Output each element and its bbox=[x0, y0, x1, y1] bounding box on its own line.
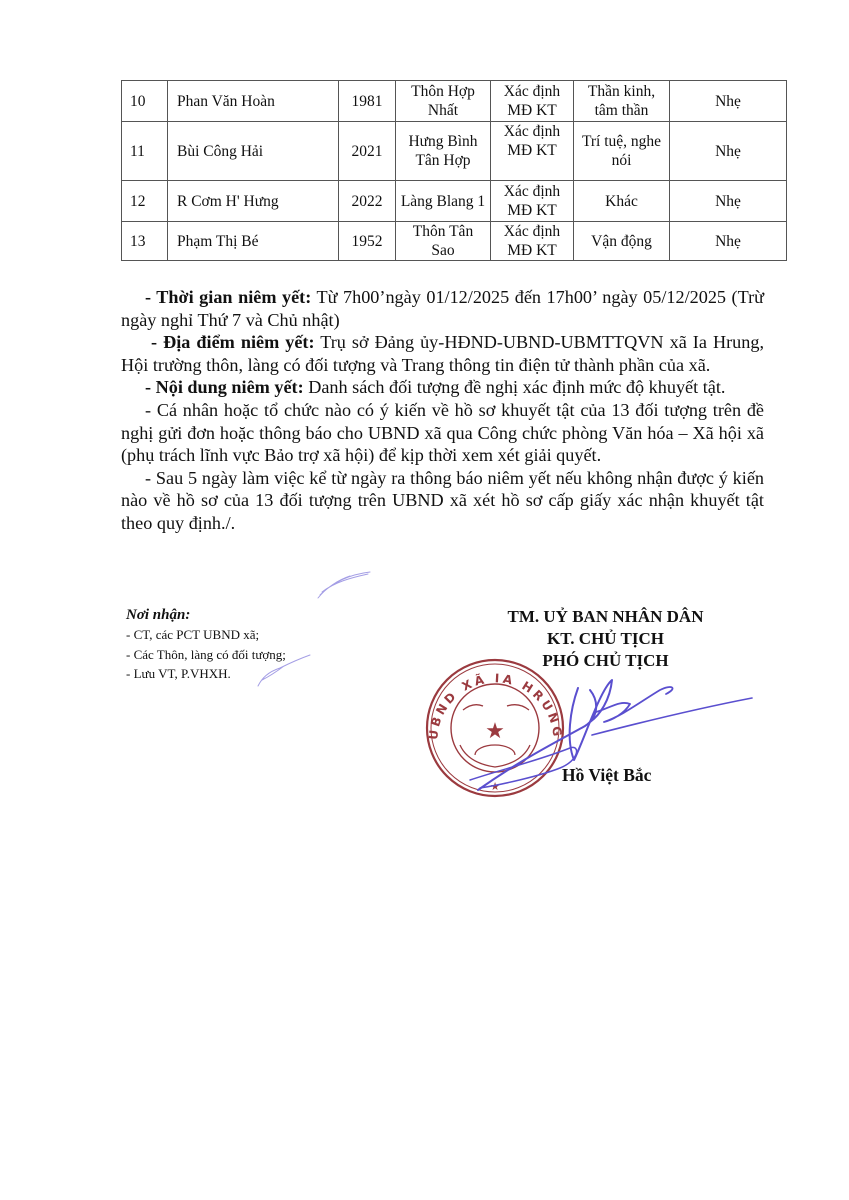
cell-village: Làng Blang 1 bbox=[396, 181, 491, 222]
cell-village: Hưng Bình Tân Hợp bbox=[396, 122, 491, 181]
cell-name: Phan Văn Hoàn bbox=[168, 81, 339, 122]
cell-disability-type: Khác bbox=[574, 181, 670, 222]
posting-content-label: - Nội dung niêm yết: bbox=[145, 377, 304, 397]
cell-disability-type: Thần kinh, tâm thần bbox=[574, 81, 670, 122]
posting-time-paragraph: - Thời gian niêm yết: Từ 7h00’ngày 01/12… bbox=[121, 286, 764, 331]
cell-year: 1981 bbox=[339, 81, 396, 122]
table-row: 10 Phan Văn Hoàn 1981 Thôn Hợp Nhất Xác … bbox=[122, 81, 787, 122]
cell-stt: 10 bbox=[122, 81, 168, 122]
recipient-item: - Các Thôn, làng có đối tượng; bbox=[126, 645, 286, 665]
recipients-heading: Nơi nhận: bbox=[126, 606, 286, 624]
table-row: 12 R Cơm H' Hưng 2022 Làng Blang 1 Xác đ… bbox=[122, 181, 787, 222]
table-row: 11 Bùi Công Hải 2021 Hưng Bình Tân Hợp X… bbox=[122, 122, 787, 181]
cell-stt: 13 bbox=[122, 222, 168, 261]
signature-line-2: KT. CHỦ TỊCH bbox=[478, 628, 733, 650]
cell-request: Xác định MĐ KT bbox=[491, 181, 574, 222]
cell-disability-type: Trí tuệ, nghe nói bbox=[574, 122, 670, 181]
svg-text:UBND XÃ IA HRUNG: UBND XÃ IA HRUNG bbox=[426, 671, 565, 741]
cell-year: 2021 bbox=[339, 122, 396, 181]
cell-request: Xác định MĐ KT bbox=[491, 122, 574, 181]
cell-name: Bùi Công Hải bbox=[168, 122, 339, 181]
deadline-paragraph: - Sau 5 ngày làm việc kể từ ngày ra thôn… bbox=[121, 467, 764, 535]
disability-list-table: 10 Phan Văn Hoàn 1981 Thôn Hợp Nhất Xác … bbox=[121, 80, 787, 261]
recipients-block: Nơi nhận: - CT, các PCT UBND xã; - Các T… bbox=[126, 606, 286, 684]
posting-content-paragraph: - Nội dung niêm yết: Danh sách đối tượng… bbox=[121, 376, 764, 399]
cell-level: Nhẹ bbox=[670, 122, 787, 181]
cell-name: Phạm Thị Bé bbox=[168, 222, 339, 261]
seal-text: UBND XÃ IA HRUNG bbox=[426, 671, 565, 741]
recipient-item: - Lưu VT, P.VHXH. bbox=[126, 664, 286, 684]
cell-stt: 11 bbox=[122, 122, 168, 181]
posting-time-label: - Thời gian niêm yết: bbox=[145, 287, 311, 307]
signature-line-3: PHÓ CHỦ TỊCH bbox=[478, 650, 733, 672]
signer-name: Hồ Việt Bắc bbox=[562, 765, 651, 786]
signature-title-block: TM. UỶ BAN NHÂN DÂN KT. CHỦ TỊCH PHÓ CHỦ… bbox=[478, 606, 733, 672]
svg-text:★: ★ bbox=[485, 719, 505, 744]
cell-level: Nhẹ bbox=[670, 81, 787, 122]
document-page: 10 Phan Văn Hoàn 1981 Thôn Hợp Nhất Xác … bbox=[0, 0, 849, 1200]
table-row: 13 Phạm Thị Bé 1952 Thôn Tân Sao Xác địn… bbox=[122, 222, 787, 261]
cell-village: Thôn Tân Sao bbox=[396, 222, 491, 261]
posting-place-paragraph: - Địa điểm niêm yết: Trụ sở Đảng ủy-HĐND… bbox=[121, 331, 764, 376]
cell-stt: 12 bbox=[122, 181, 168, 222]
cell-year: 2022 bbox=[339, 181, 396, 222]
official-seal-icon: UBND XÃ IA HRUNG ★ ★ bbox=[426, 660, 565, 796]
feedback-paragraph: - Cá nhân hoặc tổ chức nào có ý kiến về … bbox=[121, 399, 764, 467]
cell-request: Xác định MĐ KT bbox=[491, 222, 574, 261]
posting-content-text: Danh sách đối tượng đề nghị xác định mức… bbox=[304, 377, 726, 397]
notice-body: - Thời gian niêm yết: Từ 7h00’ngày 01/12… bbox=[121, 286, 764, 535]
cell-level: Nhẹ bbox=[670, 181, 787, 222]
cell-year: 1952 bbox=[339, 222, 396, 261]
svg-text:★: ★ bbox=[490, 780, 500, 793]
cell-request: Xác định MĐ KT bbox=[491, 81, 574, 122]
cell-name: R Cơm H' Hưng bbox=[168, 181, 339, 222]
cell-village: Thôn Hợp Nhất bbox=[396, 81, 491, 122]
posting-place-label: - Địa điểm niêm yết: bbox=[151, 332, 315, 352]
cell-disability-type: Vận động bbox=[574, 222, 670, 261]
signature-line-1: TM. UỶ BAN NHÂN DÂN bbox=[478, 606, 733, 628]
cell-level: Nhẹ bbox=[670, 222, 787, 261]
recipient-item: - CT, các PCT UBND xã; bbox=[126, 625, 286, 645]
